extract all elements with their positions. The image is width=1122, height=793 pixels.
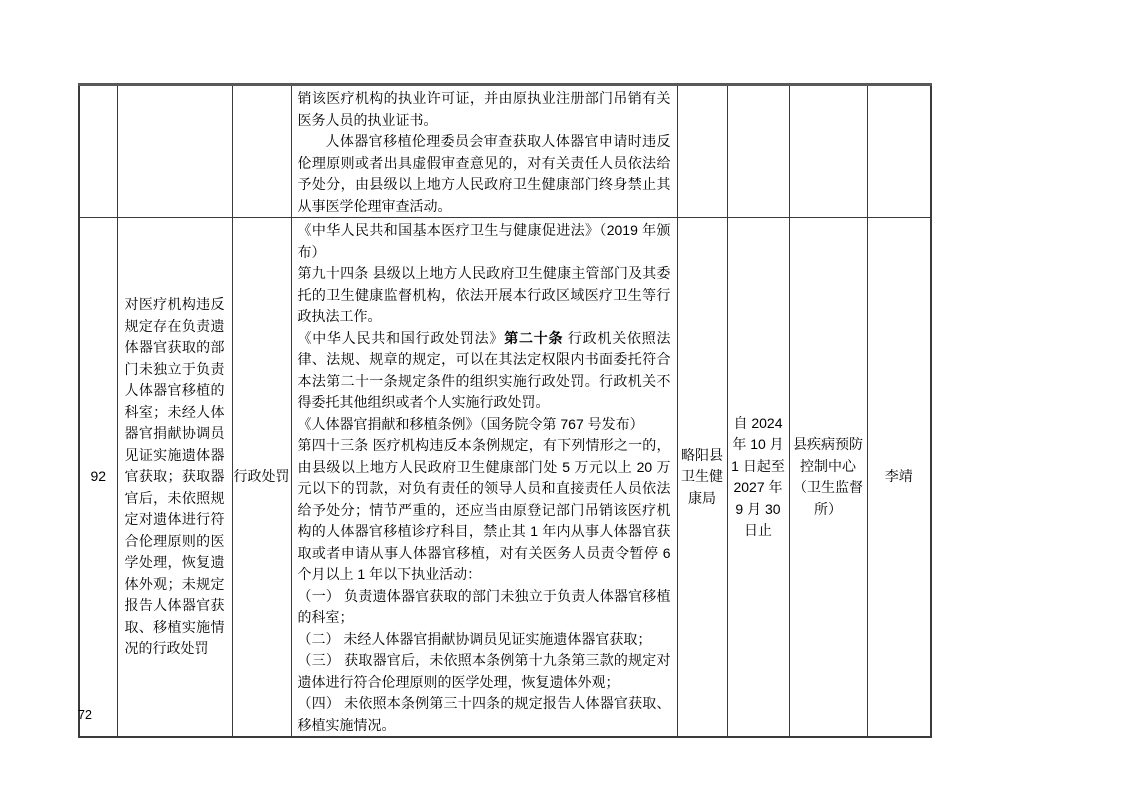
cell-seq-empty bbox=[79, 85, 117, 218]
cell-matter-empty bbox=[117, 85, 232, 218]
seq-number: 92 bbox=[90, 468, 106, 484]
cell-undertaker: 县疾病预防控制中心（卫生监督所） bbox=[789, 218, 867, 738]
cell-undertaker-empty bbox=[789, 85, 867, 218]
legal-basis-text: 《中华人民共和国基本医疗卫生与健康促进法》（2019 年颁布）第九十四条 县级以… bbox=[292, 218, 677, 736]
basis-paragraph: （三） 获取器官后，未依照本条例第十九条第三款的规定对遗体进行符合伦理原则的医学… bbox=[298, 650, 671, 693]
cell-legal-basis-continuation: 销该医疗机构的执业许可证，并由原执业注册部门吊销有关医务人员的执业证书。人体器官… bbox=[291, 85, 677, 218]
penalty-type-text: 行政处罚 bbox=[234, 468, 290, 484]
cell-period-empty bbox=[727, 85, 789, 218]
cell-penalty-type: 行政处罚 bbox=[232, 218, 291, 738]
basis-paragraph: 第四十三条 医疗机构违反本条例规定，有下列情形之一的，由县级以上地方人民政府卫生… bbox=[298, 435, 671, 586]
table-row-item-92: 92 对医疗机构违反规定存在负责遗体器官获取的部门未独立于负责人体器官移植的科室… bbox=[79, 218, 931, 738]
basis-paragraph: 第九十四条 县级以上地方人民政府卫生健康主管部门及其委托的卫生健康监督机构，依法… bbox=[298, 263, 671, 328]
cell-type-empty bbox=[232, 85, 291, 218]
cell-matter: 对医疗机构违反规定存在负责遗体器官获取的部门未独立于负责人体器官移植的科室；未经… bbox=[117, 218, 232, 738]
table-row-continuation: 销该医疗机构的执业许可证，并由原执业注册部门吊销有关医务人员的执业证书。人体器官… bbox=[79, 85, 931, 218]
undertaker-text: 县疾病预防控制中心（卫生监督所） bbox=[790, 434, 867, 520]
penalty-items-table: 销该医疗机构的执业许可证，并由原执业注册部门吊销有关医务人员的执业证书。人体器官… bbox=[78, 83, 932, 738]
basis-paragraph: （四） 未依照本条例第三十四条的规定报告人体器官获取、移植实施情况。 bbox=[298, 693, 671, 736]
legal-basis-text: 销该医疗机构的执业许可证，并由原执业注册部门吊销有关医务人员的执业证书。人体器官… bbox=[292, 86, 677, 217]
basis-paragraph: 《中华人民共和国行政处罚法》第二十条 行政机关依照法律、法规、规章的规定，可以在… bbox=[298, 328, 671, 414]
basis-paragraph: （一） 负责遗体器官获取的部门未独立于负责人体器官移植的科室； bbox=[298, 586, 671, 629]
cell-contact: 李靖 bbox=[867, 218, 931, 738]
cell-period: 自 2024 年 10 月 1 日起至 2027 年 9 月 30 日止 bbox=[727, 218, 789, 738]
document-page: 销该医疗机构的执业许可证，并由原执业注册部门吊销有关医务人员的执业证书。人体器官… bbox=[0, 0, 1122, 793]
cell-authority-empty bbox=[677, 85, 727, 218]
matter-text: 对医疗机构违反规定存在负责遗体器官获取的部门未独立于负责人体器官移植的科室；未经… bbox=[118, 294, 232, 660]
basis-paragraph: 销该医疗机构的执业许可证，并由原执业注册部门吊销有关医务人员的执业证书。 bbox=[298, 88, 671, 131]
basis-paragraph: 《中华人民共和国基本医疗卫生与健康促进法》（2019 年颁布） bbox=[298, 220, 671, 263]
basis-paragraph: 人体器官移植伦理委员会审查获取人体器官申请时违反伦理原则或者出具虚假审查意见的，… bbox=[298, 131, 671, 217]
cell-authority: 略阳县卫生健康局 bbox=[677, 218, 727, 738]
cell-contact-empty bbox=[867, 85, 931, 218]
contact-name: 李靖 bbox=[885, 468, 913, 484]
cell-legal-basis: 《中华人民共和国基本医疗卫生与健康促进法》（2019 年颁布）第九十四条 县级以… bbox=[291, 218, 677, 738]
basis-paragraph: 《人体器官捐献和移植条例》（国务院令第 767 号发布） bbox=[298, 414, 671, 436]
authority-text: 略阳县卫生健康局 bbox=[678, 445, 727, 510]
basis-paragraph: （二） 未经人体器官捐献协调员见证实施遗体器官获取； bbox=[298, 629, 671, 651]
page-number: 72 bbox=[78, 708, 92, 722]
period-text: 自 2024 年 10 月 1 日起至 2027 年 9 月 30 日止 bbox=[728, 413, 789, 542]
cell-seq-number: 92 bbox=[79, 218, 117, 738]
